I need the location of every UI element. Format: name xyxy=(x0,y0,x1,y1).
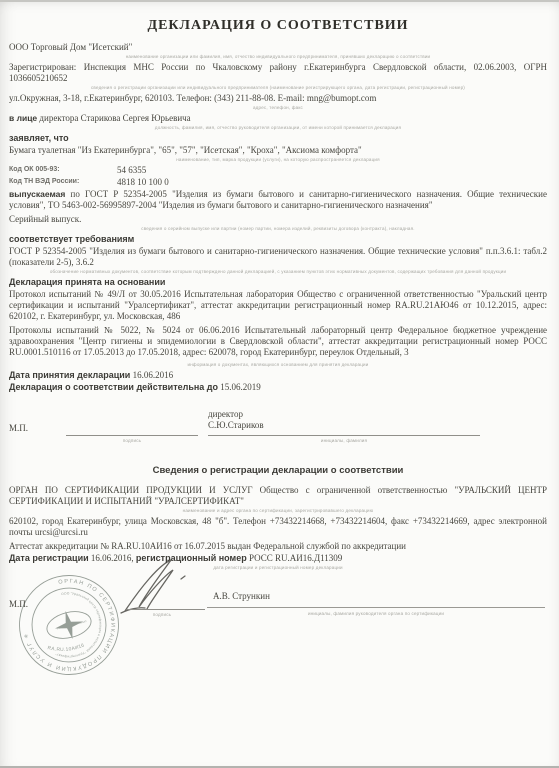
stamp-place-label: М.П. xyxy=(9,423,28,434)
representative-label: в лице xyxy=(9,113,37,123)
validity-line: Декларация о соответствии действительна … xyxy=(9,382,547,393)
declares-label: заявляет, что xyxy=(9,133,547,144)
produced-label: выпускаемая xyxy=(9,189,65,199)
representative-line: в лице директора Старикова Сергея Юрьеви… xyxy=(9,113,547,124)
produced-paragraph: выпускаемая по ГОСТ Р 52354-2005 "Издели… xyxy=(9,189,547,211)
signer-name: С.Ю.Стариков xyxy=(208,420,264,431)
code-ok-label: Код ОК 005-93: xyxy=(9,165,117,175)
certification-body-address: 620102, город Екатеринбург, улица Москов… xyxy=(9,516,547,538)
product-name: Бумага туалетная "Из Екатеринбурга", "65… xyxy=(9,145,547,156)
certification-body-paragraph: ОРГАН ПО СЕРТИФИКАЦИИ ПРОДУКЦИИ И УСЛУГ … xyxy=(9,485,547,507)
company-address: ул.Окружная, 3-18, г.Екатеринбург, 62010… xyxy=(9,93,547,104)
accreditation-certificate: Аттестат аккредитации № RA.RU.10АИ16 от … xyxy=(9,541,547,552)
code-tnved-row: Код ТН ВЭД России: 4818 10 100 0 xyxy=(9,177,547,187)
basis-label: Декларация принята на основании xyxy=(9,277,547,288)
signature-line-caption: подпись xyxy=(66,438,198,444)
stamp-star-emblem xyxy=(52,608,87,643)
adoption-date-line: Дата принятия декларации 16.06.2016 xyxy=(9,370,547,381)
validity-value: 15.06.2019 xyxy=(220,382,261,392)
company-caption: наименование организации или фамилия, им… xyxy=(9,54,547,60)
adoption-date-label: Дата принятия декларации xyxy=(9,370,130,380)
stamp-place-label: М.П. xyxy=(9,599,28,610)
conformity-text: ГОСТ Р 52354-2005 "Изделия из бумаги быт… xyxy=(9,246,547,268)
declaration-document: ДЕКЛАРАЦИЯ О СООТВЕТСТВИИ ООО Торговый Д… xyxy=(0,0,559,768)
registration-number-value: РОСС RU.АИ16.Д11309 xyxy=(249,553,342,563)
serial-release: Серийный выпуск. xyxy=(9,214,547,225)
name-line-caption: инициалы, фамилия xyxy=(208,438,480,444)
stamp-center-left-text: УРАЛ xyxy=(56,625,64,631)
representative-caption: должность, фамилия, имя, отчество руково… xyxy=(9,125,547,131)
signature-line-caption: подпись xyxy=(112,612,212,618)
signature-line xyxy=(66,435,198,436)
representative-value: директора Старикова Сергея Юрьевича xyxy=(39,113,190,123)
registration-date-label: Дата регистрации xyxy=(9,553,89,563)
registrar-name: А.В. Стрункин xyxy=(213,591,270,602)
registration-caption: сведения о регистрации организации или и… xyxy=(9,85,547,91)
conformity-caption: обозначение нормативных документов, соот… xyxy=(9,269,547,275)
code-ok-row: Код ОК 005-93: 54 6355 xyxy=(9,165,547,175)
name-line xyxy=(208,435,480,436)
company-name: ООО Торговый Дом "Исетский" xyxy=(9,42,547,53)
registrar-signature-block: ОРГАН ПО СЕРТИФИКАЦИИ ПРОДУКЦИИ И УСЛУГ … xyxy=(9,575,547,693)
produced-text: по ГОСТ Р 52354-2005 "Изделия из бумаги … xyxy=(9,189,547,210)
signer-position: директор xyxy=(208,409,243,420)
code-tnved-value: 4818 10 100 0 xyxy=(117,177,169,187)
code-ok-value: 54 6355 xyxy=(117,165,146,175)
conformity-label: соответствует требованиям xyxy=(9,234,547,245)
serial-caption: сведения о серийном выпуске или партии (… xyxy=(9,226,547,232)
signature-line xyxy=(127,609,205,610)
registration-info: Зарегистрирован: Инспекция МНС России по… xyxy=(9,62,547,84)
basis-paragraph-2: Протоколы испытаний № 5022, № 5024 от 06… xyxy=(9,325,547,358)
certification-body-label: ОРГАН ПО СЕРТИФИКАЦИИ ПРОДУКЦИИ И УСЛУГ xyxy=(9,485,253,495)
product-caption: наименование, тип, марка продукции (услу… xyxy=(9,157,547,163)
stamp-center-right-text: СЕРТИФИКАТ xyxy=(71,620,87,627)
registration-date-line: Дата регистрации 16.06.2016, регистрацио… xyxy=(9,553,547,564)
adoption-date-value: 16.06.2016 xyxy=(133,370,174,380)
certification-body-caption: наименование и адрес органа по сертифика… xyxy=(9,508,547,514)
basis-caption: информация о документах, являющихся осно… xyxy=(9,362,547,368)
address-caption: адрес, телефон, факс xyxy=(9,105,547,111)
validity-label: Декларация о соответствии действительна … xyxy=(9,382,218,392)
page-title: ДЕКЛАРАЦИЯ О СООТВЕТСТВИИ xyxy=(9,18,547,34)
registry-heading: Сведения о регистрации декларации о соот… xyxy=(9,465,547,477)
declarant-signature-block: М.П. подпись директор С.Ю.Стариков иници… xyxy=(9,409,547,455)
code-tnved-label: Код ТН ВЭД России: xyxy=(9,177,117,187)
basis-paragraph-1: Протокол испытаний № 49/Л от 30.05.2016 … xyxy=(9,289,547,322)
name-line xyxy=(207,607,545,608)
name-line-caption: инициалы, фамилия руководителя органа по… xyxy=(207,611,545,617)
